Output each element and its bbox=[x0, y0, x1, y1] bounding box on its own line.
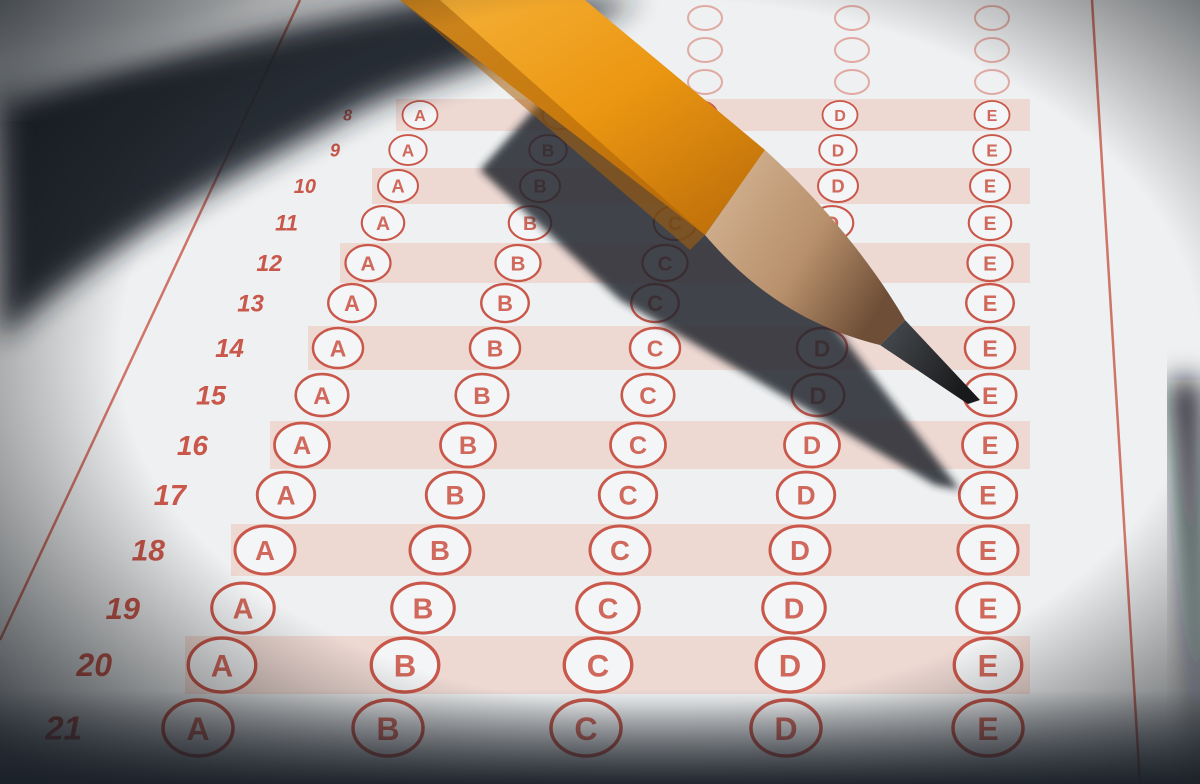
photo-scene: 8ABCDE9ABCDE10ABCDE11ABCDE12ABCDE13ABCDE… bbox=[0, 0, 1200, 784]
answer-sheet-photo: 8ABCDE9ABCDE10ABCDE11ABCDE12ABCDE13ABCDE… bbox=[0, 0, 1200, 784]
